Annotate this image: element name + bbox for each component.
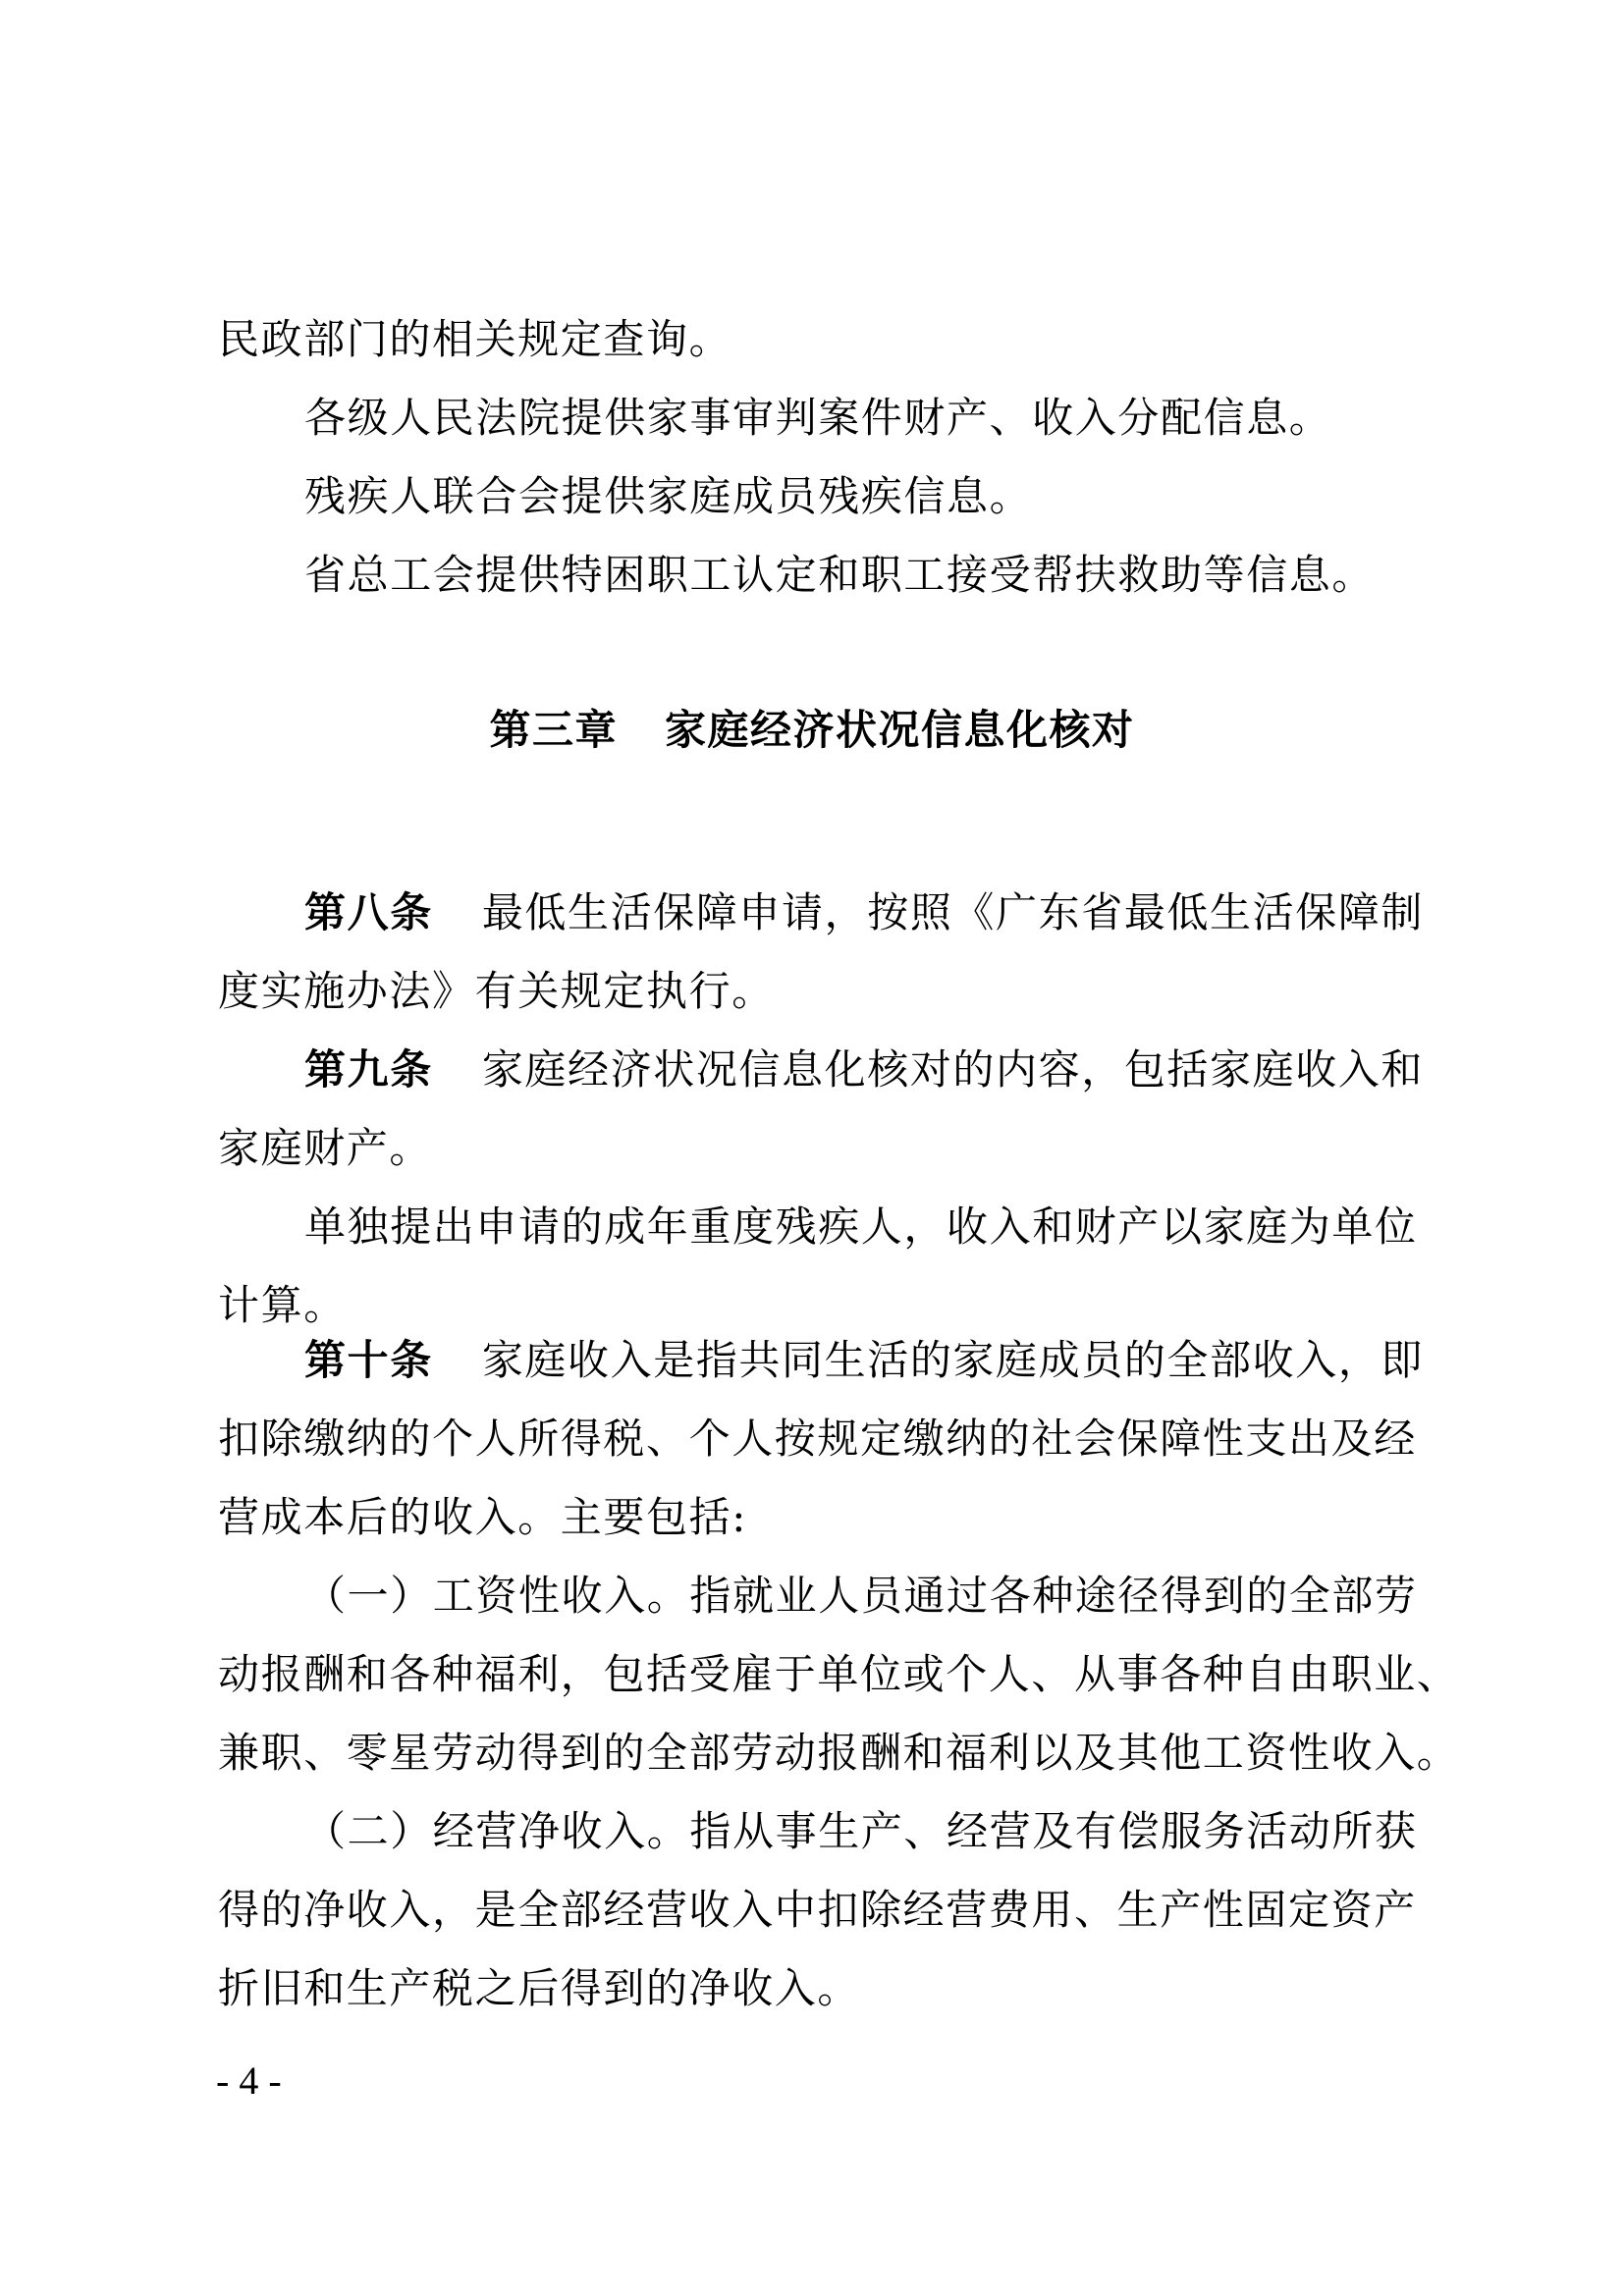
article-8-continuation: 度实施办法》有关规定执行。 bbox=[218, 968, 1435, 1046]
article-10-continuation: 营成本后的收入。主要包括: bbox=[218, 1494, 1435, 1573]
paragraph-disabled-federation-info: 残疾人联合会提供家庭成员残疾信息。 bbox=[304, 473, 1522, 552]
article-text: 最低生活保障申请，按照《广东省最低生活保障制 bbox=[482, 888, 1424, 936]
item-business-income: （二）经营净收入。指从事生产、经营及有偿服务活动所获 bbox=[304, 1808, 1522, 1887]
article-10: 第十条家庭收入是指共同生活的家庭成员的全部收入，即 bbox=[304, 1337, 1522, 1415]
article-9: 第九条家庭经济状况信息化核对的内容，包括家庭收入和 bbox=[304, 1046, 1522, 1125]
article-9-paragraph: 单独提出申请的成年重度残疾人，收入和财产以家庭为单位 bbox=[304, 1203, 1522, 1282]
chapter-name: 家庭经济状况信息化核对 bbox=[665, 706, 1135, 754]
article-10-continuation: 扣除缴纳的个人所得税、个人按规定缴纳的社会保障性支出及经 bbox=[218, 1415, 1435, 1494]
chapter-title: 第三章家庭经济状况信息化核对 bbox=[0, 707, 1624, 754]
article-label: 第八条 bbox=[304, 888, 433, 936]
item-wage-income-continuation: 兼职、零星劳动得到的全部劳动报酬和福利以及其他工资性收入。 bbox=[218, 1730, 1435, 1808]
article-text: 家庭经济状况信息化核对的内容，包括家庭收入和 bbox=[482, 1045, 1424, 1094]
item-wage-income-continuation: 动报酬和各种福利，包括受雇于单位或个人、从事各种自由职业、 bbox=[218, 1651, 1435, 1730]
article-label: 第九条 bbox=[304, 1045, 433, 1094]
chapter-number: 第三章 bbox=[489, 706, 618, 754]
article-text: 家庭收入是指共同生活的家庭成员的全部收入，即 bbox=[482, 1336, 1424, 1384]
item-business-income-continuation: 折旧和生产税之后得到的净收入。 bbox=[218, 1965, 1435, 2044]
paragraph-courts-info: 各级人民法院提供家事审判案件财产、收入分配信息。 bbox=[304, 395, 1522, 473]
article-8: 第八条最低生活保障申请，按照《广东省最低生活保障制 bbox=[304, 889, 1522, 968]
document-page: 民政部门的相关规定查询。 各级人民法院提供家事审判案件财产、收入分配信息。 残疾… bbox=[0, 0, 1624, 2296]
article-label: 第十条 bbox=[304, 1336, 433, 1384]
article-9-continuation: 家庭财产。 bbox=[218, 1125, 1435, 1203]
item-business-income-continuation: 得的净收入，是全部经营收入中扣除经营费用、生产性固定资产 bbox=[218, 1887, 1435, 1965]
page-number: - 4 - bbox=[216, 2057, 282, 2105]
paragraph-trade-union-info: 省总工会提供特困职工认定和职工接受帮扶救助等信息。 bbox=[304, 552, 1522, 630]
item-wage-income: （一）工资性收入。指就业人员通过各种途径得到的全部劳 bbox=[304, 1573, 1522, 1651]
paragraph-line-continuation: 民政部门的相关规定查询。 bbox=[218, 316, 1435, 395]
